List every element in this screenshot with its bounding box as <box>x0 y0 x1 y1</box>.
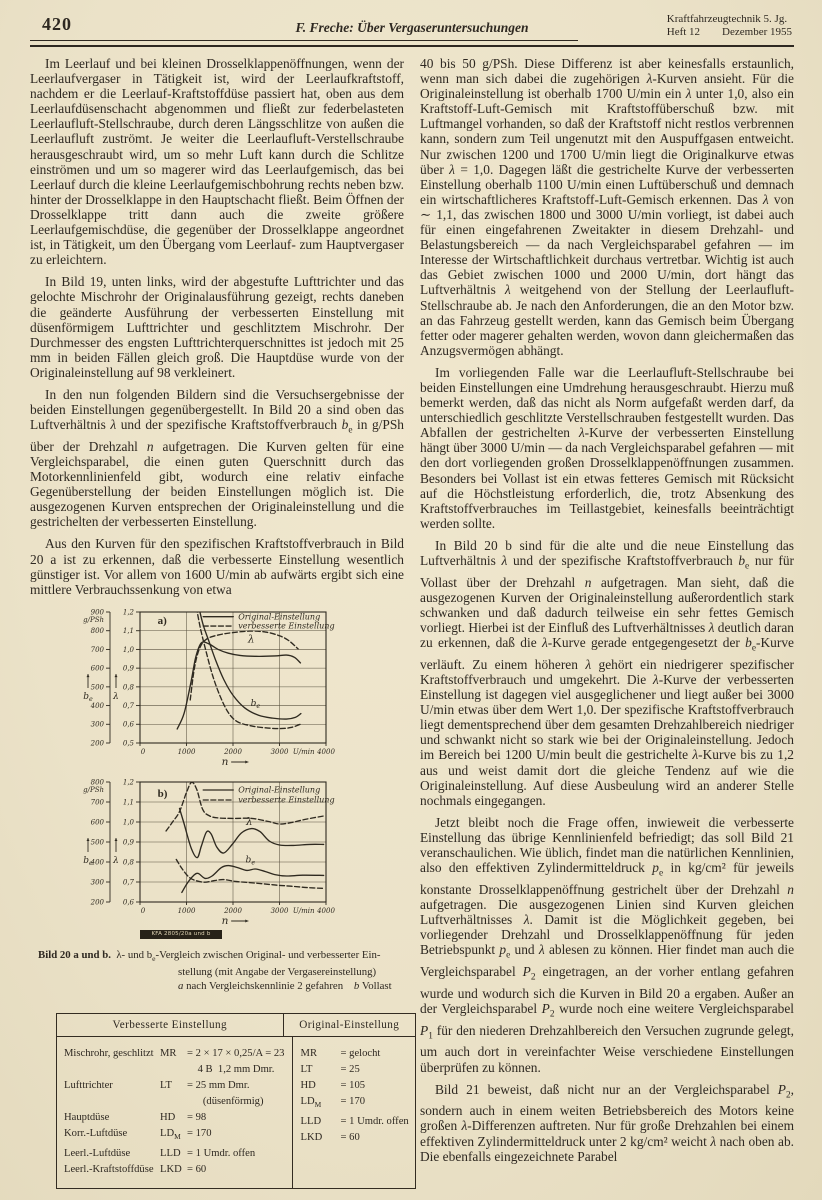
paragraph: In den nun folgenden Bildern sind die Ve… <box>30 387 404 530</box>
setting-value: = 60 <box>341 1130 413 1146</box>
svg-text:0: 0 <box>141 907 146 915</box>
header-rule-short <box>30 40 578 41</box>
svg-text:700: 700 <box>91 798 105 806</box>
svg-text:λ: λ <box>245 816 253 828</box>
svg-text:λ: λ <box>112 856 119 866</box>
caption-line-3: a nach Vergleichskennlinie 2 gefahren b … <box>38 980 404 994</box>
table-row: (düsenförmig) <box>64 1094 290 1110</box>
svg-text:0,9: 0,9 <box>123 664 135 672</box>
setting-value: = 105 <box>341 1078 413 1094</box>
chart-bild-20a: 1,21,11,00,90,80,70,60,5900g/PSh80070060… <box>78 605 340 770</box>
svg-text:0: 0 <box>141 748 146 756</box>
table-row: LLD = 1 Umdr. offen <box>301 1114 413 1130</box>
table-header-improved: Verbesserte Einstellung <box>57 1014 284 1036</box>
caption-text: λ- und be-Vergleich zwischen Original- u… <box>111 949 381 961</box>
table-row: Korr.-Luftdüse LDM = 170 <box>64 1126 290 1145</box>
paragraph: Bild 21 beweist, daß nicht nur an der Ve… <box>420 1082 794 1164</box>
paragraph: Aus den Kurven für den spezifischen Kraf… <box>30 536 404 596</box>
svg-text:0,8: 0,8 <box>123 858 135 866</box>
svg-text:1,2: 1,2 <box>123 608 135 616</box>
figure-bild-20: 1,21,11,00,90,80,70,60,5900g/PSh80070060… <box>30 605 404 994</box>
header-rule-full <box>30 45 794 47</box>
setting-value: = 25 <box>341 1062 413 1078</box>
setting-code: LKD <box>160 1162 187 1178</box>
setting-code: HD <box>301 1078 341 1094</box>
svg-text:0,9: 0,9 <box>123 838 135 846</box>
setting-label: Leerl.-Luftdüse <box>64 1146 160 1162</box>
setting-label <box>64 1094 160 1110</box>
svg-text:0,7: 0,7 <box>123 878 135 886</box>
setting-value: = 170 <box>341 1094 413 1113</box>
two-column-body: Im Leerlauf und bei kleinen Drosselklapp… <box>30 56 794 1189</box>
setting-label: Lufttrichter <box>64 1078 160 1094</box>
svg-text:0,8: 0,8 <box>123 683 135 691</box>
paragraph: 40 bis 50 g/PSh. Diese Differenz ist abe… <box>420 56 794 358</box>
svg-text:b): b) <box>158 788 168 800</box>
left-column: Im Leerlauf und bei kleinen Drosselklapp… <box>30 56 404 1189</box>
setting-code: LLD <box>301 1114 341 1130</box>
svg-text:400: 400 <box>90 702 105 710</box>
caption-lead: Bild 20 a und b. <box>38 949 111 961</box>
svg-text:3000: 3000 <box>271 907 289 915</box>
journal-page: 420 F. Freche: Über Vergaseruntersuchung… <box>0 0 822 1200</box>
caption-line-2: stellung (mit Angabe der Vergasereinstel… <box>38 966 404 980</box>
svg-text:be: be <box>251 699 261 710</box>
setting-value: = 60 <box>187 1162 290 1178</box>
svg-text:2000: 2000 <box>223 907 242 915</box>
svg-text:Original-Einstellung: Original-Einstellung <box>238 785 320 794</box>
svg-text:2000: 2000 <box>223 748 242 756</box>
svg-text:0,6: 0,6 <box>123 898 135 906</box>
setting-code: LT <box>301 1062 341 1078</box>
svg-text:500: 500 <box>91 838 105 846</box>
table-row: Lufttrichter LT = 25 mm Dmr. <box>64 1078 290 1094</box>
svg-text:U/min: U/min <box>293 748 315 756</box>
setting-value: 4 B 1,2 mm Dmr. <box>187 1062 290 1078</box>
svg-text:verbesserte Einstellung: verbesserte Einstellung <box>238 795 334 804</box>
chart-bild-20b: 1,21,11,00,90,80,70,6800g/PSh70060050040… <box>78 775 340 929</box>
svg-text:Original-Einstellung: Original-Einstellung <box>238 612 320 621</box>
journal-date: Dezember 1955 <box>722 26 792 39</box>
svg-text:700: 700 <box>91 646 105 654</box>
table-row: Mischrohr, geschlitzt MR = 2 × 17 × 0,25… <box>64 1046 290 1062</box>
setting-value: = 98 <box>187 1110 290 1126</box>
figure-archive-stamp: KFA 2805/20a und b <box>140 930 222 939</box>
svg-text:200: 200 <box>90 739 105 747</box>
setting-value: = 25 mm Dmr. <box>187 1078 290 1094</box>
svg-text:600: 600 <box>91 818 105 826</box>
svg-text:be: be <box>246 855 256 866</box>
setting-code: LKD <box>301 1130 341 1146</box>
setting-code: LDM <box>160 1126 187 1145</box>
right-column: 40 bis 50 g/PSh. Diese Differenz ist abe… <box>420 56 794 1189</box>
svg-text:4000: 4000 <box>316 748 335 756</box>
setting-code <box>160 1062 187 1078</box>
paragraph: Im vorliegenden Falle war die Leerlauflu… <box>420 365 794 531</box>
svg-text:1,0: 1,0 <box>123 646 135 654</box>
table-row: LKD = 60 <box>301 1130 413 1146</box>
svg-text:1,1: 1,1 <box>123 798 134 806</box>
svg-text:be: be <box>83 692 93 703</box>
setting-label: Hauptdüse <box>64 1110 160 1126</box>
svg-text:600: 600 <box>91 664 105 672</box>
setting-code: LLD <box>160 1146 187 1162</box>
chart-area: 1,21,11,00,90,80,70,60,5900g/PSh80070060… <box>30 605 404 939</box>
table-row: 4 B 1,2 mm Dmr. <box>64 1062 290 1078</box>
svg-text:200: 200 <box>90 898 105 906</box>
svg-text:0,7: 0,7 <box>123 702 135 710</box>
table-row: LDM = 170 <box>301 1094 413 1113</box>
svg-text:300: 300 <box>91 721 105 729</box>
setting-label: Leerl.-Kraftstoffdüse <box>64 1162 160 1178</box>
setting-value: = 170 <box>187 1126 290 1145</box>
page-header: 420 F. Freche: Über Vergaseruntersuchung… <box>30 12 794 52</box>
svg-text:1,1: 1,1 <box>123 627 134 635</box>
svg-text:1000: 1000 <box>178 748 196 756</box>
setting-code: LT <box>160 1078 187 1094</box>
setting-code: MR <box>160 1046 187 1062</box>
table-body: Mischrohr, geschlitzt MR = 2 × 17 × 0,25… <box>57 1037 415 1187</box>
svg-text:λ: λ <box>247 633 255 645</box>
setting-value: = 1 Umdr. offen <box>341 1114 413 1130</box>
table-row: HD = 105 <box>301 1078 413 1094</box>
svg-text:g/PSh: g/PSh <box>83 786 104 794</box>
table-header-row: Verbesserte Einstellung Original-Einstel… <box>57 1014 415 1037</box>
journal-info: Kraftfahrzeugtechnik 5. Jg. Heft 12 Deze… <box>667 13 792 39</box>
paragraph: In Bild 19, unten links, wird der abgest… <box>30 274 404 380</box>
table-row: Leerl.-Kraftstoffdüse LKD = 60 <box>64 1162 290 1178</box>
journal-issue: Heft 12 <box>667 26 700 39</box>
setting-label: Korr.-Luftdüse <box>64 1126 160 1145</box>
paragraph: Im Leerlauf und bei kleinen Drosselklapp… <box>30 56 404 267</box>
paragraph: In Bild 20 b sind für die alte und die n… <box>420 538 794 808</box>
svg-text:500: 500 <box>91 683 105 691</box>
svg-text:0,6: 0,6 <box>123 721 135 729</box>
setting-code: MR <box>301 1046 341 1062</box>
svg-text:n: n <box>222 756 229 768</box>
carburetor-settings-table: Verbesserte Einstellung Original-Einstel… <box>56 1013 416 1188</box>
svg-text:3000: 3000 <box>271 748 289 756</box>
setting-code <box>160 1094 187 1110</box>
svg-text:1000: 1000 <box>178 907 196 915</box>
svg-text:a): a) <box>158 615 168 627</box>
setting-label <box>64 1062 160 1078</box>
running-title: F. Freche: Über Vergaseruntersuchungen <box>295 20 528 36</box>
setting-value: = gelocht <box>341 1046 413 1062</box>
svg-text:g/PSh: g/PSh <box>83 616 104 624</box>
svg-text:800: 800 <box>91 627 105 635</box>
svg-text:300: 300 <box>91 878 105 886</box>
svg-text:verbesserte Einstellung: verbesserte Einstellung <box>238 621 334 630</box>
svg-text:4000: 4000 <box>316 907 335 915</box>
svg-text:U/min: U/min <box>293 907 315 915</box>
table-row: Hauptdüse HD = 98 <box>64 1110 290 1126</box>
setting-value: = 2 × 17 × 0,25/A = 23 <box>187 1046 290 1062</box>
setting-value: = 1 Umdr. offen <box>187 1146 290 1162</box>
table-row: Leerl.-Luftdüse LLD = 1 Umdr. offen <box>64 1146 290 1162</box>
setting-value: (düsenförmig) <box>187 1094 290 1110</box>
caption-line-1: Bild 20 a und b. λ- und be-Vergleich zwi… <box>38 949 404 966</box>
table-right-section: MR = gelocht LT = 25 HD = 105 LDM <box>293 1037 415 1187</box>
paragraph: Jetzt bleibt noch die Frage offen, inwie… <box>420 815 794 1075</box>
svg-text:1,0: 1,0 <box>123 818 135 826</box>
setting-code: HD <box>160 1110 187 1126</box>
table-left-section: Mischrohr, geschlitzt MR = 2 × 17 × 0,25… <box>57 1037 293 1187</box>
setting-code: LDM <box>301 1094 341 1113</box>
journal-name: Kraftfahrzeugtechnik 5. Jg. <box>667 13 792 26</box>
svg-text:0,5: 0,5 <box>123 739 135 747</box>
table-header-original: Original-Einstellung <box>284 1014 415 1036</box>
svg-text:n: n <box>222 915 229 927</box>
table-row: LT = 25 <box>301 1062 413 1078</box>
table-row: MR = gelocht <box>301 1046 413 1062</box>
svg-text:1,2: 1,2 <box>123 778 135 786</box>
page-number: 420 <box>42 14 72 35</box>
svg-text:λ: λ <box>112 692 119 702</box>
figure-caption: Bild 20 a und b. λ- und be-Vergleich zwi… <box>30 949 404 994</box>
setting-label: Mischrohr, geschlitzt <box>64 1046 160 1062</box>
